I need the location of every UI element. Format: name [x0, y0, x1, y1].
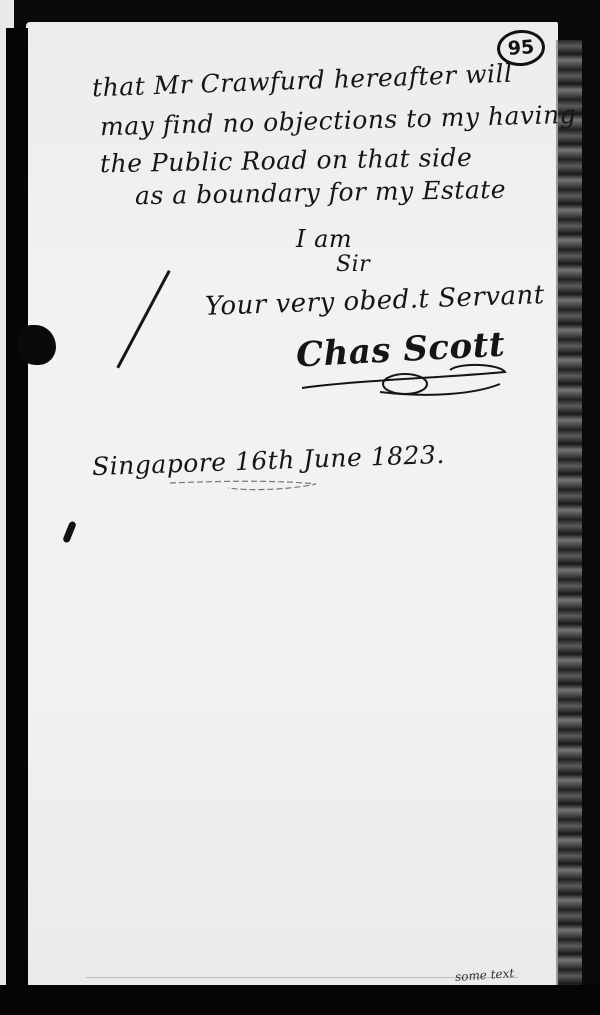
scanned-document: 95 that Mr Crawfurd hereafter will may f…: [0, 0, 600, 1015]
ink-blot: [18, 325, 56, 365]
page-rule: [86, 977, 518, 978]
right-page-border: [556, 40, 558, 985]
bottom-scan-edge: [0, 985, 600, 1015]
closing-sir: Sir: [336, 252, 370, 277]
signature-flourish-icon: [300, 362, 510, 398]
date-underline-icon: [168, 478, 318, 492]
right-page-edge: [556, 40, 582, 985]
binding-spine: [6, 28, 28, 990]
closing-i-am: I am: [296, 225, 352, 253]
